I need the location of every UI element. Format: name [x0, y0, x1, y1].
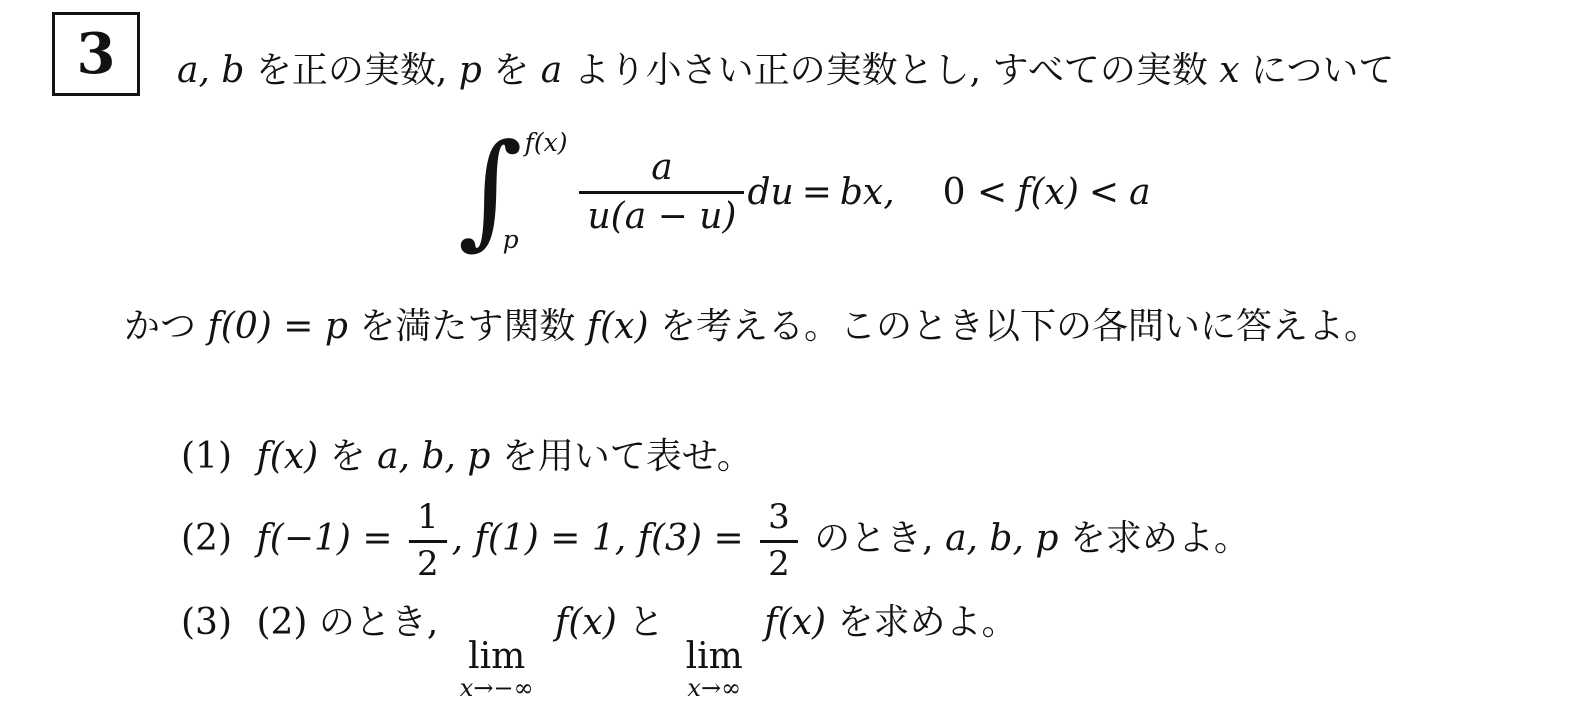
integral-lower-limit: p [503, 225, 546, 254]
text-segment: を考える。このとき以下の各問いに答えよ。 [660, 306, 1380, 347]
condition-lt: < [1089, 172, 1119, 213]
condition-zero-lt: 0 < [943, 172, 1008, 213]
text-segment: を満たす関数 [359, 306, 575, 347]
text-segment: について [1251, 50, 1394, 91]
math-problem-document: 3 a, b を正の実数, p を a より小さい正の実数とし, すべての実数 … [0, 0, 1573, 708]
fraction-three-halves: 32 [760, 499, 798, 583]
problem-number: 3 [77, 26, 116, 82]
limit-operator: lim [468, 638, 525, 676]
text-segment: のとき, [814, 518, 933, 559]
text-segment: より小さい正の実数とし, すべての実数 [574, 50, 1208, 91]
condition: 0 < f(x) < a [943, 172, 1151, 213]
limit-variable: x [687, 674, 701, 702]
fraction-numerator: 1 [409, 499, 447, 539]
equals-sign: = [802, 172, 832, 213]
math-token-x: x [1219, 50, 1239, 91]
limit-target: →−∞ [473, 674, 533, 702]
text-segment: を求めよ。 [837, 602, 1017, 643]
intro-line-2: かつ f(0) = p を満たす関数 f(x) を考える。このとき以下の各問いに… [124, 298, 1380, 349]
math-token-ab: a, b [177, 50, 244, 91]
intro-line-1: a, b を正の実数, p を a より小さい正の実数とし, すべての実数 x … [177, 42, 1394, 93]
condition-a: a [1129, 172, 1150, 213]
math-token-fm1: f(−1) = [256, 518, 392, 559]
text-segment: (2) のとき, [256, 602, 438, 643]
question-2-label: (2) [181, 518, 232, 559]
fraction-denominator: 2 [409, 543, 447, 583]
math-token-abp: a, b, p [377, 436, 490, 477]
limit-x-to-infinity: lim x→∞ [686, 638, 743, 701]
condition-fx: f(x) [1017, 172, 1079, 213]
fraction-denominator: u(a − u) [579, 194, 744, 237]
text-segment: を [330, 436, 366, 477]
limit-target: →∞ [701, 674, 741, 702]
problem-number-box: 3 [52, 12, 140, 96]
integral: ∫ f(x) p [458, 126, 565, 258]
text-segment: を [493, 50, 529, 91]
math-token-fx: f(x) [256, 436, 318, 477]
fraction-one-half: 12 [409, 499, 447, 583]
question-1: (1) f(x) を a, b, p を用いて表せ。 [181, 428, 753, 479]
math-token-f1f3: , f(1) = 1, f(3) = [452, 518, 744, 559]
rhs-bx: bx, [840, 172, 895, 213]
limit-variable: x [460, 674, 474, 702]
fraction-numerator: a [643, 148, 680, 191]
integral-limits: f(x) p [523, 126, 566, 258]
text-segment: を求めよ。 [1070, 518, 1250, 559]
text-segment: かつ [124, 306, 196, 347]
limit-x-to-neg-infinity: lim x→−∞ [460, 638, 534, 701]
text-segment: を正の実数, [256, 50, 447, 91]
math-token-fx: f(x) [587, 306, 649, 347]
fraction-denominator: 2 [760, 543, 798, 583]
integral-upper-limit: f(x) [525, 128, 568, 157]
question-3: (3) (2) のとき, lim x→−∞ f(x) と lim x→∞ f(x… [181, 592, 1017, 701]
question-3-label: (3) [181, 602, 232, 643]
text-segment: を用いて表せ。 [502, 436, 753, 477]
integrand-fraction: a u(a − u) [579, 148, 744, 236]
display-equation: ∫ f(x) p a u(a − u) du = bx, 0 < f(x) < … [458, 124, 1151, 260]
limit-subscript: x→∞ [687, 676, 741, 701]
limit-operator: lim [686, 638, 743, 676]
math-token-p: p [459, 50, 482, 91]
math-token-fx: f(x) [555, 602, 617, 643]
math-token-a: a [541, 50, 562, 91]
math-token-f0p: f(0) = p [207, 306, 347, 347]
text-segment: と [628, 602, 664, 643]
math-token-abp: a, b, p [945, 518, 1058, 559]
limit-subscript: x→−∞ [460, 676, 534, 701]
question-1-label: (1) [181, 436, 232, 477]
math-token-fx: f(x) [764, 602, 826, 643]
question-2: (2) f(−1) = 12, f(1) = 1, f(3) = 32 のとき,… [181, 492, 1250, 586]
fraction-numerator: 3 [760, 499, 798, 539]
differential-du: du [747, 172, 793, 213]
